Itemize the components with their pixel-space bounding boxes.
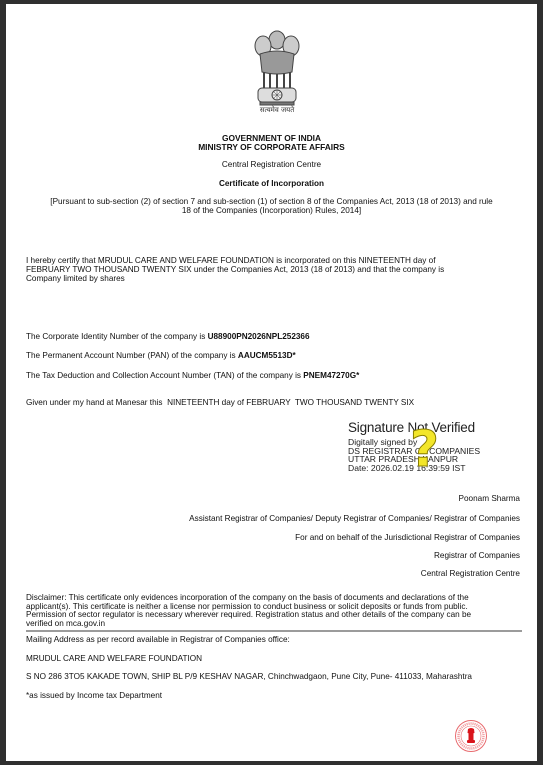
mca-seal-icon bbox=[454, 719, 488, 753]
signatory-office-1: Registrar of Companies bbox=[434, 551, 520, 561]
certification-line-3: Company limited by shares bbox=[26, 274, 522, 283]
signatory-behalf: For and on behalf of the Jurisdictional … bbox=[295, 533, 520, 543]
pursuant-line-2: 18 of the Companies (Incorporation) Rule… bbox=[6, 206, 537, 215]
digital-signature-block[interactable]: Signature Not Verified Digitally signed … bbox=[348, 420, 528, 480]
certification-statement: I hereby certify that MRUDUL CARE AND WE… bbox=[26, 256, 522, 284]
pan-value: AAUCM5513D* bbox=[238, 351, 296, 360]
pursuant-line-1: [Pursuant to sub-section (2) of section … bbox=[6, 197, 537, 206]
pan-statement: The Permanent Account Number (PAN) of th… bbox=[26, 351, 522, 360]
mailing-label: Mailing Address as per record available … bbox=[26, 635, 522, 644]
section-divider bbox=[26, 630, 522, 632]
tan-label: The Tax Deduction and Collection Account… bbox=[26, 371, 303, 380]
tan-value: PNEM47270G* bbox=[303, 371, 359, 380]
office-name: Central Registration Centre bbox=[6, 160, 537, 170]
certification-line-1: I hereby certify that MRUDUL CARE AND WE… bbox=[26, 256, 522, 265]
certificate-page: सत्यमेव जयते GOVERNMENT OF INDIA MINISTR… bbox=[6, 4, 537, 761]
cin-statement: The Corporate Identity Number of the com… bbox=[26, 332, 522, 341]
pursuant-clause: [Pursuant to sub-section (2) of section … bbox=[6, 197, 537, 216]
mailing-address: S NO 286 3TO5 KAKADE TOWN, SHIP BL P/9 K… bbox=[26, 672, 522, 681]
disclaimer: Disclaimer: This certificate only eviden… bbox=[26, 594, 522, 628]
emblem-motto: सत्यमेव जयते bbox=[236, 106, 318, 115]
ministry-heading: MINISTRY OF CORPORATE AFFAIRS bbox=[6, 143, 537, 153]
cin-label: The Corporate Identity Number of the com… bbox=[26, 332, 208, 341]
signatory-office-2: Central Registration Centre bbox=[421, 569, 520, 579]
tan-statement: The Tax Deduction and Collection Account… bbox=[26, 371, 522, 380]
certificate-title: Certificate of Incorporation bbox=[6, 179, 537, 189]
given-under-statement: Given under my hand at Manesar this NINE… bbox=[26, 398, 522, 407]
mailing-company: MRUDUL CARE AND WELFARE FOUNDATION bbox=[26, 654, 522, 663]
cin-value: U88900PN2026NPL252366 bbox=[208, 332, 310, 341]
question-mark-icon: ? bbox=[410, 424, 439, 474]
disclaimer-line-4: verified on mca.gov.in bbox=[26, 620, 522, 629]
pan-label: The Permanent Account Number (PAN) of th… bbox=[26, 351, 238, 360]
pan-tan-footnote: *as issued by Income tax Department bbox=[26, 691, 522, 700]
certification-line-2: FEBRUARY TWO THOUSAND TWENTY SIX under t… bbox=[26, 265, 522, 274]
signatory-name: Poonam Sharma bbox=[459, 494, 520, 504]
national-emblem-icon: सत्यमेव जयते bbox=[246, 26, 308, 118]
signatory-designation: Assistant Registrar of Companies/ Deputy… bbox=[189, 514, 520, 524]
